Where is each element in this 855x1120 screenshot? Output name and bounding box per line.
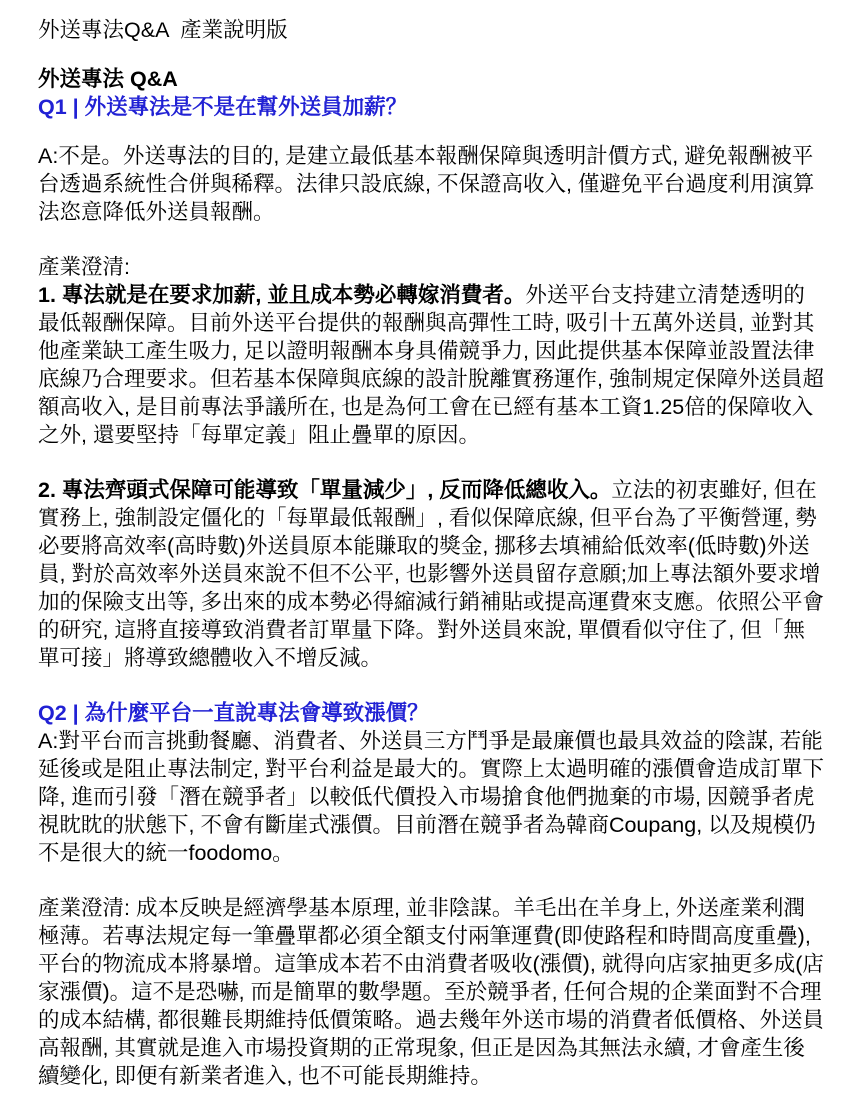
text-run: 1. 專法就是在要求加薪, 並且成本勢必轉嫁消費者。: [38, 283, 525, 307]
text-run: Q2 | 為什麼平台一直說專法會導致漲價？: [38, 701, 429, 725]
q2-heading: Q2 | 為什麼平台一直說專法會導致漲價？: [38, 699, 825, 727]
clarification-point-2: 2. 專法齊頭式保障可能導致「單量減少」, 反而降低總收入。立法的初衷雖好, 但…: [38, 476, 825, 672]
document: 外送專法Q&A 產業說明版外送專法 Q&AQ1 | 外送專法是不是在幫外送員加薪…: [0, 0, 855, 1120]
text-run: 外送專法Q&A 產業說明版: [38, 18, 288, 42]
text-run: 2. 專法齊頭式保障可能導致「單量減少」, 反而降低總收入。: [38, 478, 611, 502]
text-run: 外送平台支持建立清楚透明的最低報酬保障。目前外送平台提供的報酬與高彈性工時, 吸…: [38, 283, 824, 447]
spacer: [38, 867, 825, 894]
doc-title: 外送專法Q&A 產業說明版: [38, 16, 825, 44]
q1-answer-paragraph: A:不是。外送專法的目的, 是建立最低基本報酬保障與透明計價方式, 避免報酬被平…: [38, 142, 825, 226]
text-run: 產業澄清:: [38, 255, 130, 279]
text-run: 外送專法 Q&A: [38, 67, 178, 91]
text-run: A:不是。外送專法的目的, 是建立最低基本報酬保障與透明計價方式, 避免報酬被平…: [38, 144, 814, 224]
spacer: [38, 121, 825, 142]
q2-answer-paragraph: A:對平台而言挑動餐廳、消費者、外送員三方鬥爭是最廉價也最具效益的陰謀, 若能延…: [38, 727, 825, 867]
clarification-point-1: 1. 專法就是在要求加薪, 並且成本勢必轉嫁消費者。外送平台支持建立清楚透明的最…: [38, 281, 825, 449]
section-title: 外送專法 Q&A: [38, 65, 825, 93]
text-run: A:對平台而言挑動餐廳、消費者、外送員三方鬥爭是最廉價也最具效益的陰謀, 若能延…: [38, 729, 824, 865]
industry-clarification-label: 產業澄清:: [38, 253, 825, 281]
spacer: [38, 226, 825, 253]
spacer: [38, 672, 825, 699]
text-run: 立法的初衷雖好, 但在實務上, 強制設定僵化的「每單最低報酬」, 看似保障底線,…: [38, 478, 824, 670]
spacer: [38, 44, 825, 65]
spacer: [38, 449, 825, 476]
q1-heading: Q1 | 外送專法是不是在幫外送員加薪？: [38, 93, 825, 121]
text-run: 產業澄清: 成本反映是經濟學基本原理, 並非陰謀。羊毛出在羊身上, 外送產業利潤…: [38, 896, 824, 1088]
q2-industry-clarification-paragraph: 產業澄清: 成本反映是經濟學基本原理, 並非陰謀。羊毛出在羊身上, 外送產業利潤…: [38, 894, 825, 1090]
text-run: Q1 | 外送專法是不是在幫外送員加薪？: [38, 95, 407, 119]
